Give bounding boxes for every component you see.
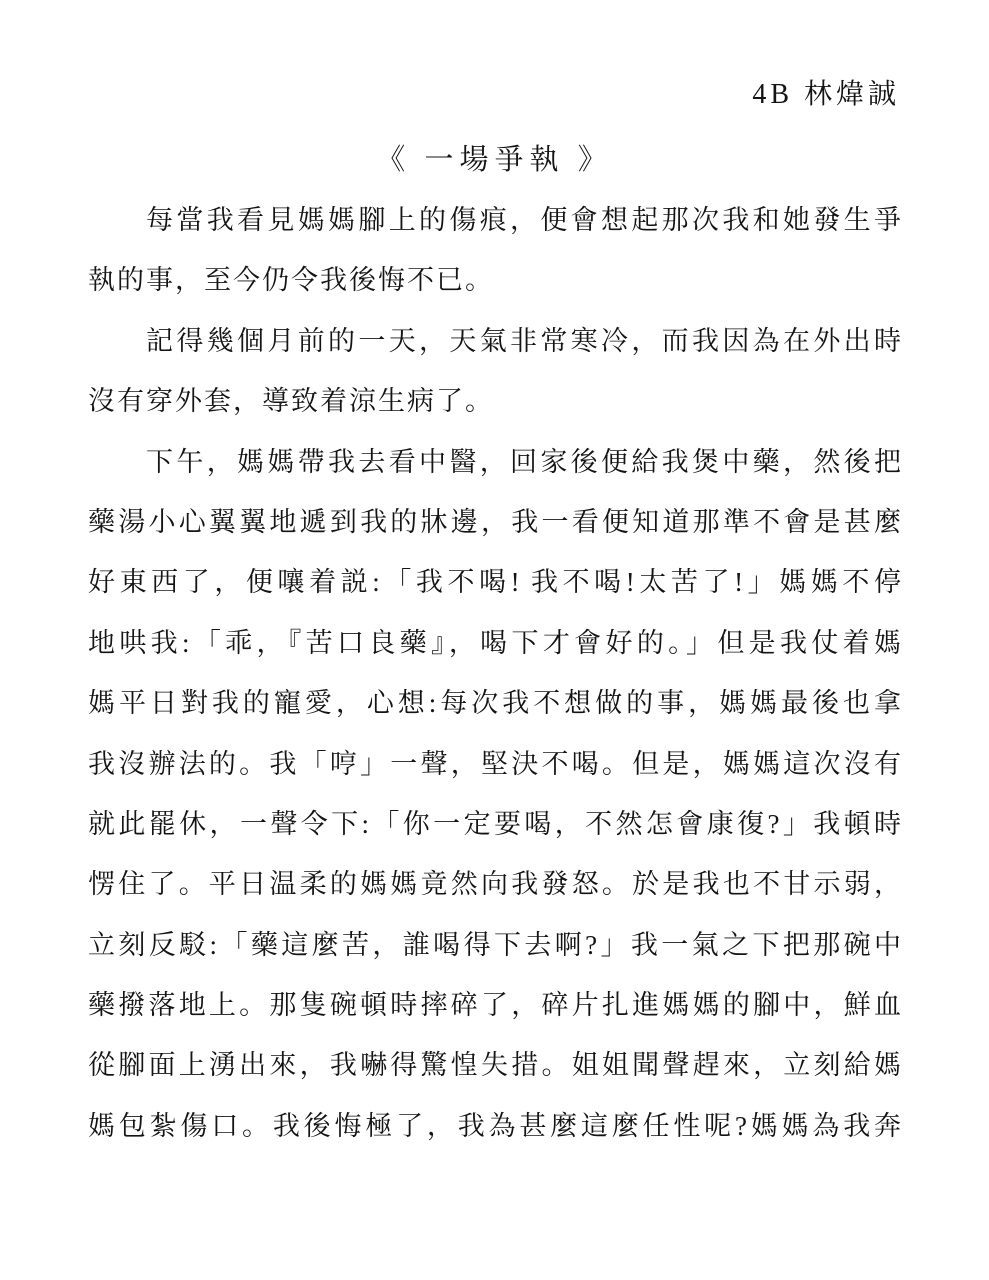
text-line: 愣住了。平日温柔的媽媽竟然向我發怒。於是我也不甘示弱，: [88, 854, 901, 914]
text-line: 沒有穿外套，導致着涼生病了。: [88, 371, 901, 431]
text-line: 就此罷休，一聲令下:「你一定要喝，不然怎會康復?」我頓時: [88, 794, 901, 854]
text-line: 藥湯小心翼翼地遞到我的牀邊，我一看便知道那準不會是甚麼: [88, 492, 901, 552]
text-line: 下午，媽媽帶我去看中醫，回家後便給我煲中藥，然後把: [88, 432, 901, 492]
text-line: 藥撥落地上。那隻碗頓時摔碎了，碎片扎進媽媽的腳中，鮮血: [88, 975, 901, 1035]
text-line: 記得幾個月前的一天，天氣非常寒冷，而我因為在外出時: [88, 311, 901, 371]
text-line: 從腳面上湧出來，我嚇得驚惶失措。姐姐聞聲趕來，立刻給媽: [88, 1035, 901, 1095]
text-line: 執的事，至今仍令我後悔不已。: [88, 250, 901, 310]
text-line: 媽包紮傷口。我後悔極了，我為甚麼這麼任性呢?媽媽為我奔: [88, 1096, 901, 1156]
text-line: 地哄我:「乖，『苦口良藥』，喝下才會好的。」但是我仗着媽: [88, 613, 901, 673]
text-line: 每當我看見媽媽腳上的傷痕，便會想起那次我和她發生爭: [88, 190, 901, 250]
text-line: 立刻反駁:「藥這麼苦，誰喝得下去啊?」我一氣之下把那碗中: [88, 915, 901, 975]
text-line: 媽平日對我的寵愛，心想:每次我不想做的事，媽媽最後也拿: [88, 673, 901, 733]
essay-title: 《 一場爭執 》: [0, 137, 989, 178]
essay-body: 每當我看見媽媽腳上的傷痕，便會想起那次我和她發生爭 執的事，至今仍令我後悔不已。…: [88, 190, 901, 1156]
text-line: 好東西了，便嚷着説:「我不喝! 我不喝!太苦了!」媽媽不停: [88, 552, 901, 612]
document-page: 4B 林煒誠 《 一場爭執 》 每當我看見媽媽腳上的傷痕，便會想起那次我和她發生…: [0, 0, 989, 1280]
student-name: 4B 林煒誠: [752, 72, 900, 112]
text-line: 我沒辦法的。我「哼」一聲，堅決不喝。但是，媽媽這次沒有: [88, 734, 901, 794]
